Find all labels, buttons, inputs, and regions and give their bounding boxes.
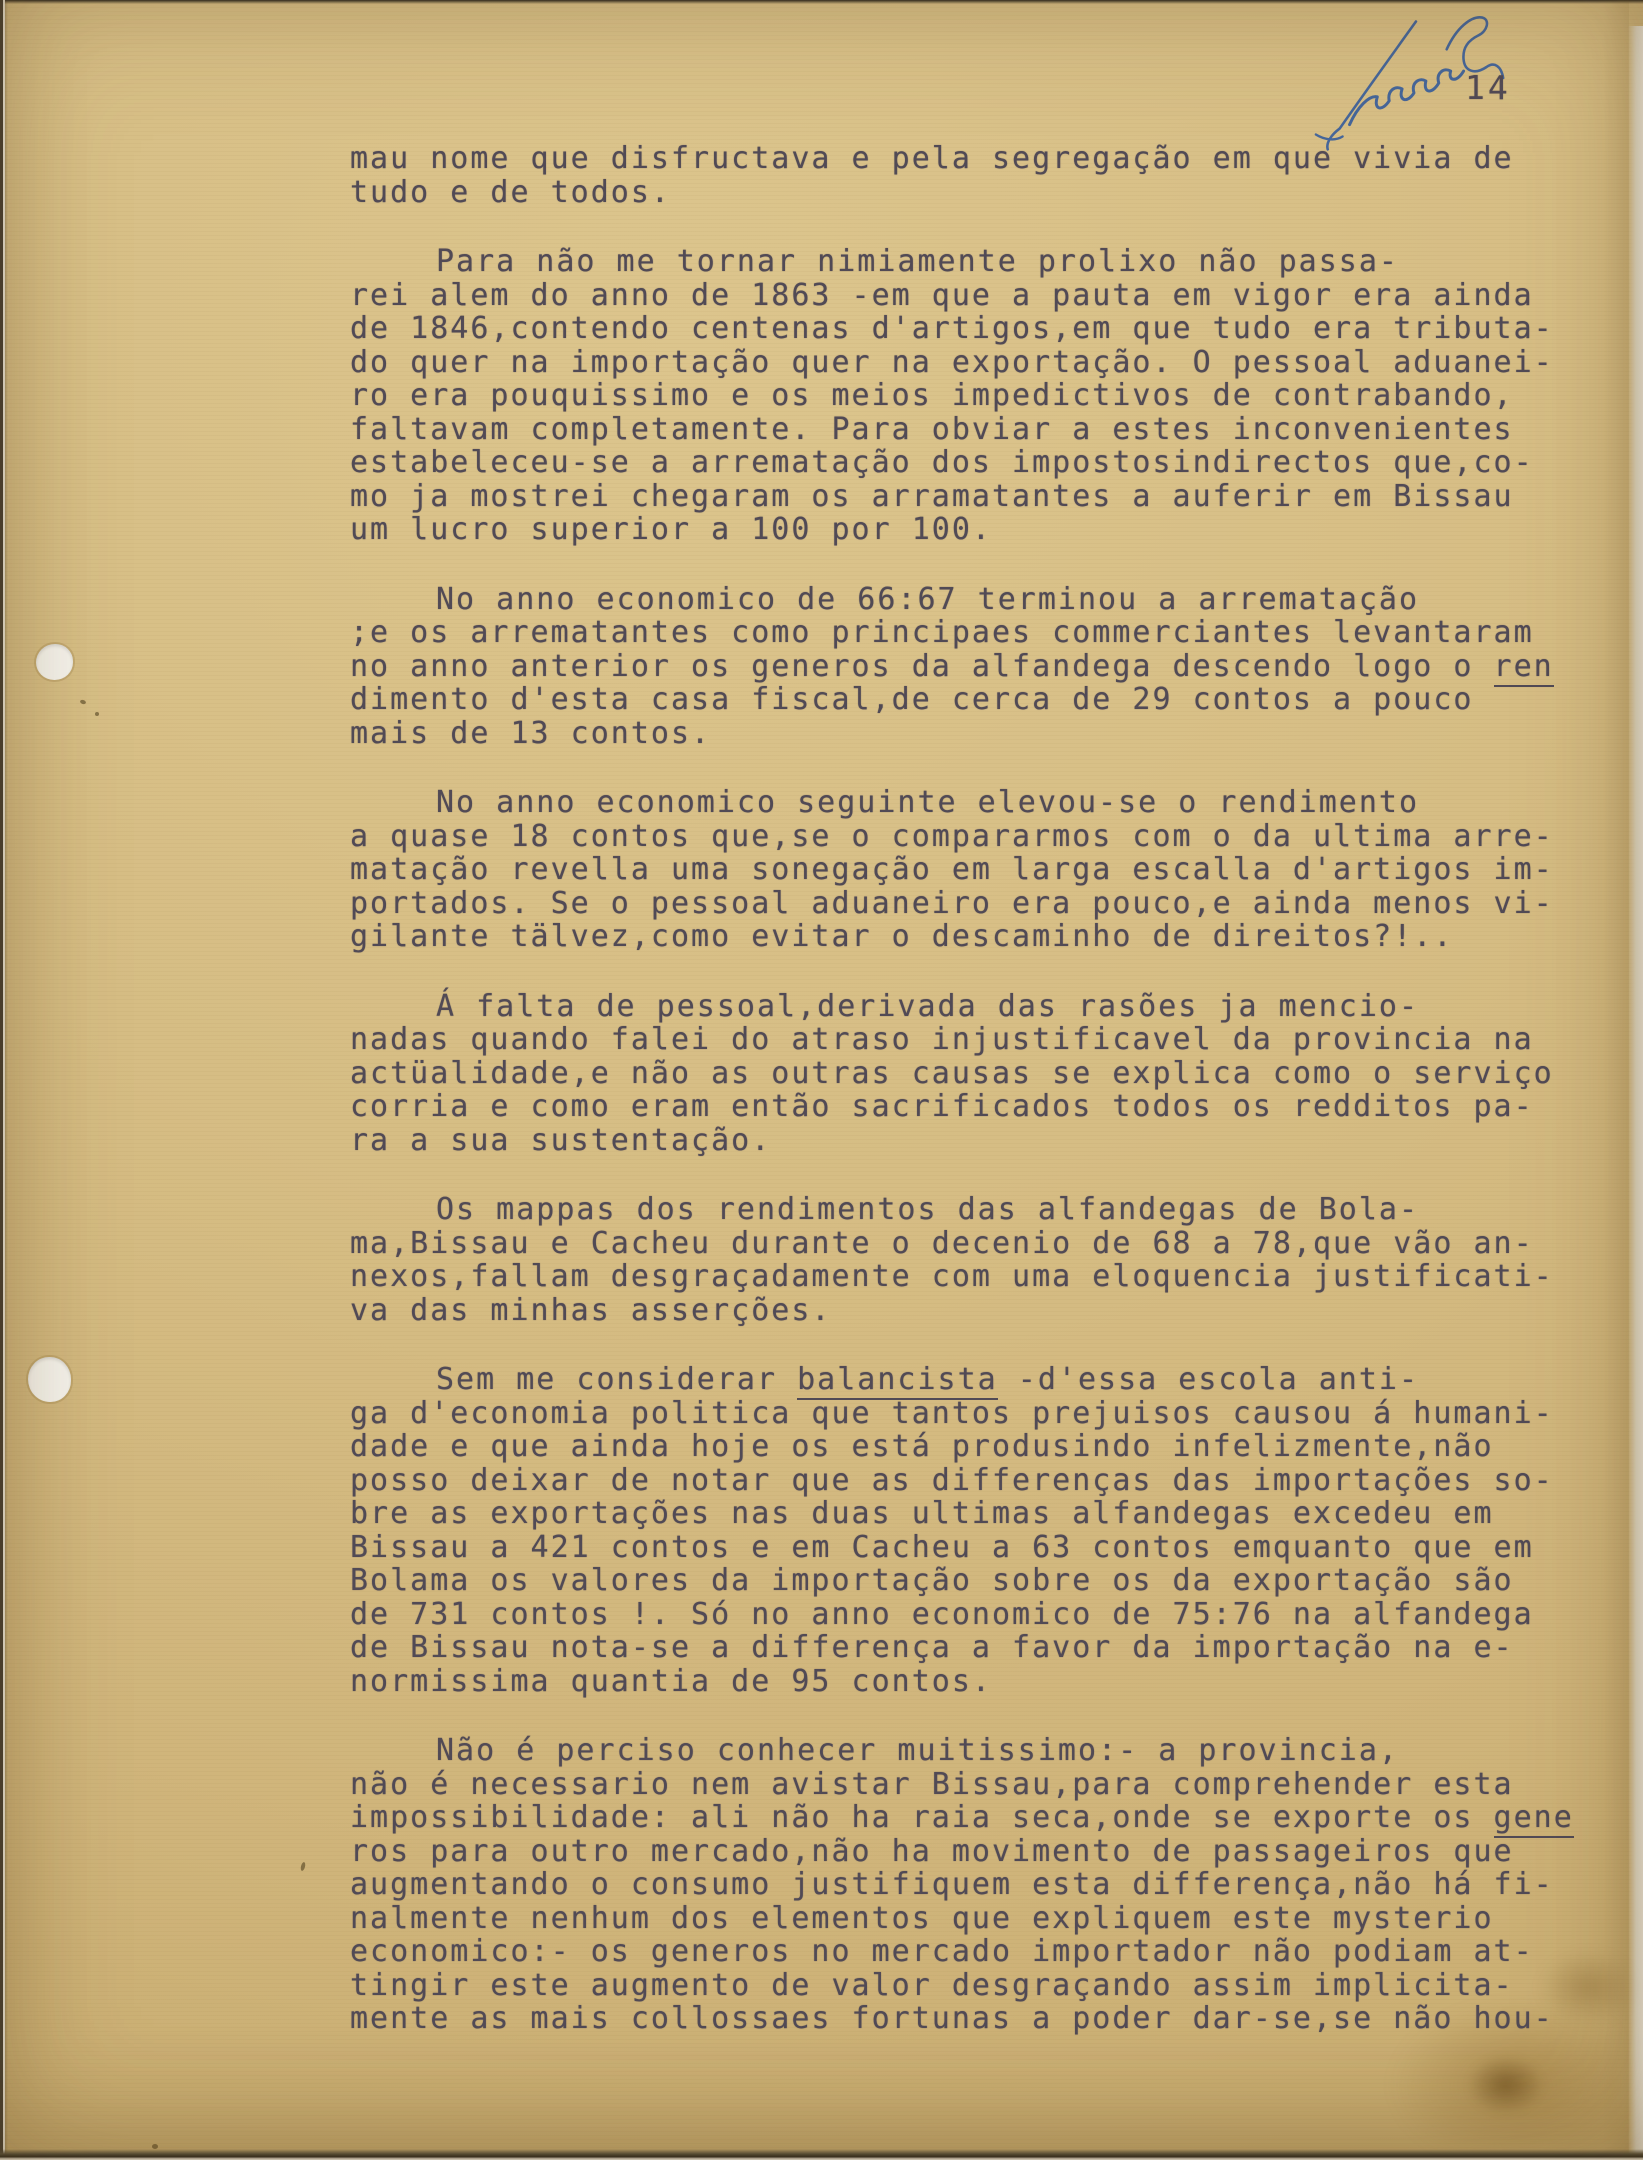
page-number: 14 <box>1465 68 1511 107</box>
paper-speck <box>95 712 99 716</box>
text-line: mau nome que disfructava e pela segregaç… <box>350 142 1635 176</box>
text-line: Não é perciso conhecer muitissimo:- a pr… <box>350 1734 1635 1768</box>
text-line: um lucro superior a 100 por 100. <box>350 513 1635 547</box>
paragraph: Os mappas dos rendimentos das alfandegas… <box>350 1193 1635 1327</box>
text-line: ra a sua sustentação. <box>350 1124 1635 1158</box>
paragraph: Sem me considerar balancista -d'essa esc… <box>350 1363 1635 1698</box>
text-line: augmentando o consumo justifiquem esta d… <box>350 1868 1635 1902</box>
paper-speck <box>79 699 86 705</box>
paragraph: Para não me tornar nimiamente prolixo nã… <box>350 245 1635 547</box>
text-line: tingir este augmento de valor desgraçand… <box>350 1969 1635 2003</box>
text-line: No anno economico de 66:67 terminou a ar… <box>350 583 1635 617</box>
text-block: mau nome que disfructava e pela segregaç… <box>350 142 1635 2072</box>
text-line: mente as mais collossaes fortunas a pode… <box>350 2002 1635 2036</box>
text-line: mais de 13 contos. <box>350 717 1635 751</box>
text-line: ros para outro mercado,não ha movimento … <box>350 1835 1635 1869</box>
text-line: de Bissau nota-se a differença a favor d… <box>350 1631 1635 1665</box>
text-line: do quer na importação quer na exportação… <box>350 346 1635 380</box>
text-line: Para não me tornar nimiamente prolixo nã… <box>350 245 1635 279</box>
paper-speck <box>152 2144 158 2149</box>
text-line: faltavam completamente. Para obviar a es… <box>350 413 1635 447</box>
text-line: não é necessario nem avistar Bissau,para… <box>350 1768 1635 1802</box>
text-line: Á falta de pessoal,derivada das rasões j… <box>350 990 1635 1024</box>
text-line: de 1846,contendo centenas d'artigos,em q… <box>350 312 1635 346</box>
text-line: ro era pouquissimo e os meios impedictiv… <box>350 379 1635 413</box>
text-line: ga d'economia politica que tantos prejui… <box>350 1397 1635 1431</box>
paragraph: Á falta de pessoal,derivada das rasões j… <box>350 990 1635 1158</box>
hole-punch <box>36 644 73 680</box>
scan-edge-bottom <box>0 2149 1643 2160</box>
scan-edge-top <box>0 0 1643 4</box>
text-line: tudo e de todos. <box>350 176 1635 210</box>
text-line: mo ja mostrei chegaram os arramatantes a… <box>350 480 1635 514</box>
text-line: a quase 18 contos que,se o compararmos c… <box>350 820 1635 854</box>
text-line: bre as exportações nas duas ultimas alfa… <box>350 1497 1635 1531</box>
text-line: impossibilidade: ali não ha raia seca,on… <box>350 1801 1635 1835</box>
text-line: actüalidade,e não as outras causas se ex… <box>350 1057 1635 1091</box>
text-line: nalmente nenhum dos elementos que expliq… <box>350 1902 1635 1936</box>
text-line: No anno economico seguinte elevou-se o r… <box>350 786 1635 820</box>
text-line: rei alem do anno de 1863 -em que a pauta… <box>350 279 1635 313</box>
text-line: economico:- os generos no mercado import… <box>350 1935 1635 1969</box>
text-line: matação revella uma sonegação em larga e… <box>350 853 1635 887</box>
text-line: portados. Se o pessoal aduaneiro era pou… <box>350 887 1635 921</box>
text-line: no anno anterior os generos da alfandega… <box>350 650 1635 684</box>
text-line: va das minhas asserções. <box>350 1294 1635 1328</box>
text-line: Bissau a 421 contos e em Cacheu a 63 con… <box>350 1531 1635 1565</box>
scan-edge-left <box>0 0 8 2160</box>
hole-punch <box>28 1357 71 1402</box>
paragraph: Não é perciso conhecer muitissimo:- a pr… <box>350 1734 1635 2036</box>
document-page: 14 mau nome que disfructava e pela segre… <box>0 0 1643 2160</box>
text-line: ma,Bissau e Cacheu durante o decenio de … <box>350 1227 1635 1261</box>
text-line: estabeleceu-se a arrematação dos imposto… <box>350 446 1635 480</box>
paragraph: No anno economico seguinte elevou-se o r… <box>350 786 1635 954</box>
text-line: dimento d'esta casa fiscal,de cerca de 2… <box>350 683 1635 717</box>
text-line: dade e que ainda hoje os está produsindo… <box>350 1430 1635 1464</box>
text-line: gilante tälvez,como evitar o descaminho … <box>350 920 1635 954</box>
text-line: de 731 contos !. Só no anno economico de… <box>350 1598 1635 1632</box>
text-line: corria e como eram então sacrificados to… <box>350 1090 1635 1124</box>
text-line: Os mappas dos rendimentos das alfandegas… <box>350 1193 1635 1227</box>
text-line: nexos,fallam desgraçadamente com uma elo… <box>350 1260 1635 1294</box>
paragraph: No anno economico de 66:67 terminou a ar… <box>350 583 1635 751</box>
paper-speck <box>300 1862 306 1872</box>
text-line: ;e os arrematantes como principaes comme… <box>350 616 1635 650</box>
text-line: Sem me considerar balancista -d'essa esc… <box>350 1363 1635 1397</box>
text-line: nadas quando falei do atraso injustifica… <box>350 1023 1635 1057</box>
paragraph: mau nome que disfructava e pela segregaç… <box>350 142 1635 209</box>
text-line: Bolama os valores da importação sobre os… <box>350 1564 1635 1598</box>
text-line: posso deixar de notar que as differenças… <box>350 1464 1635 1498</box>
text-line: normissima quantia de 95 contos. <box>350 1665 1635 1699</box>
